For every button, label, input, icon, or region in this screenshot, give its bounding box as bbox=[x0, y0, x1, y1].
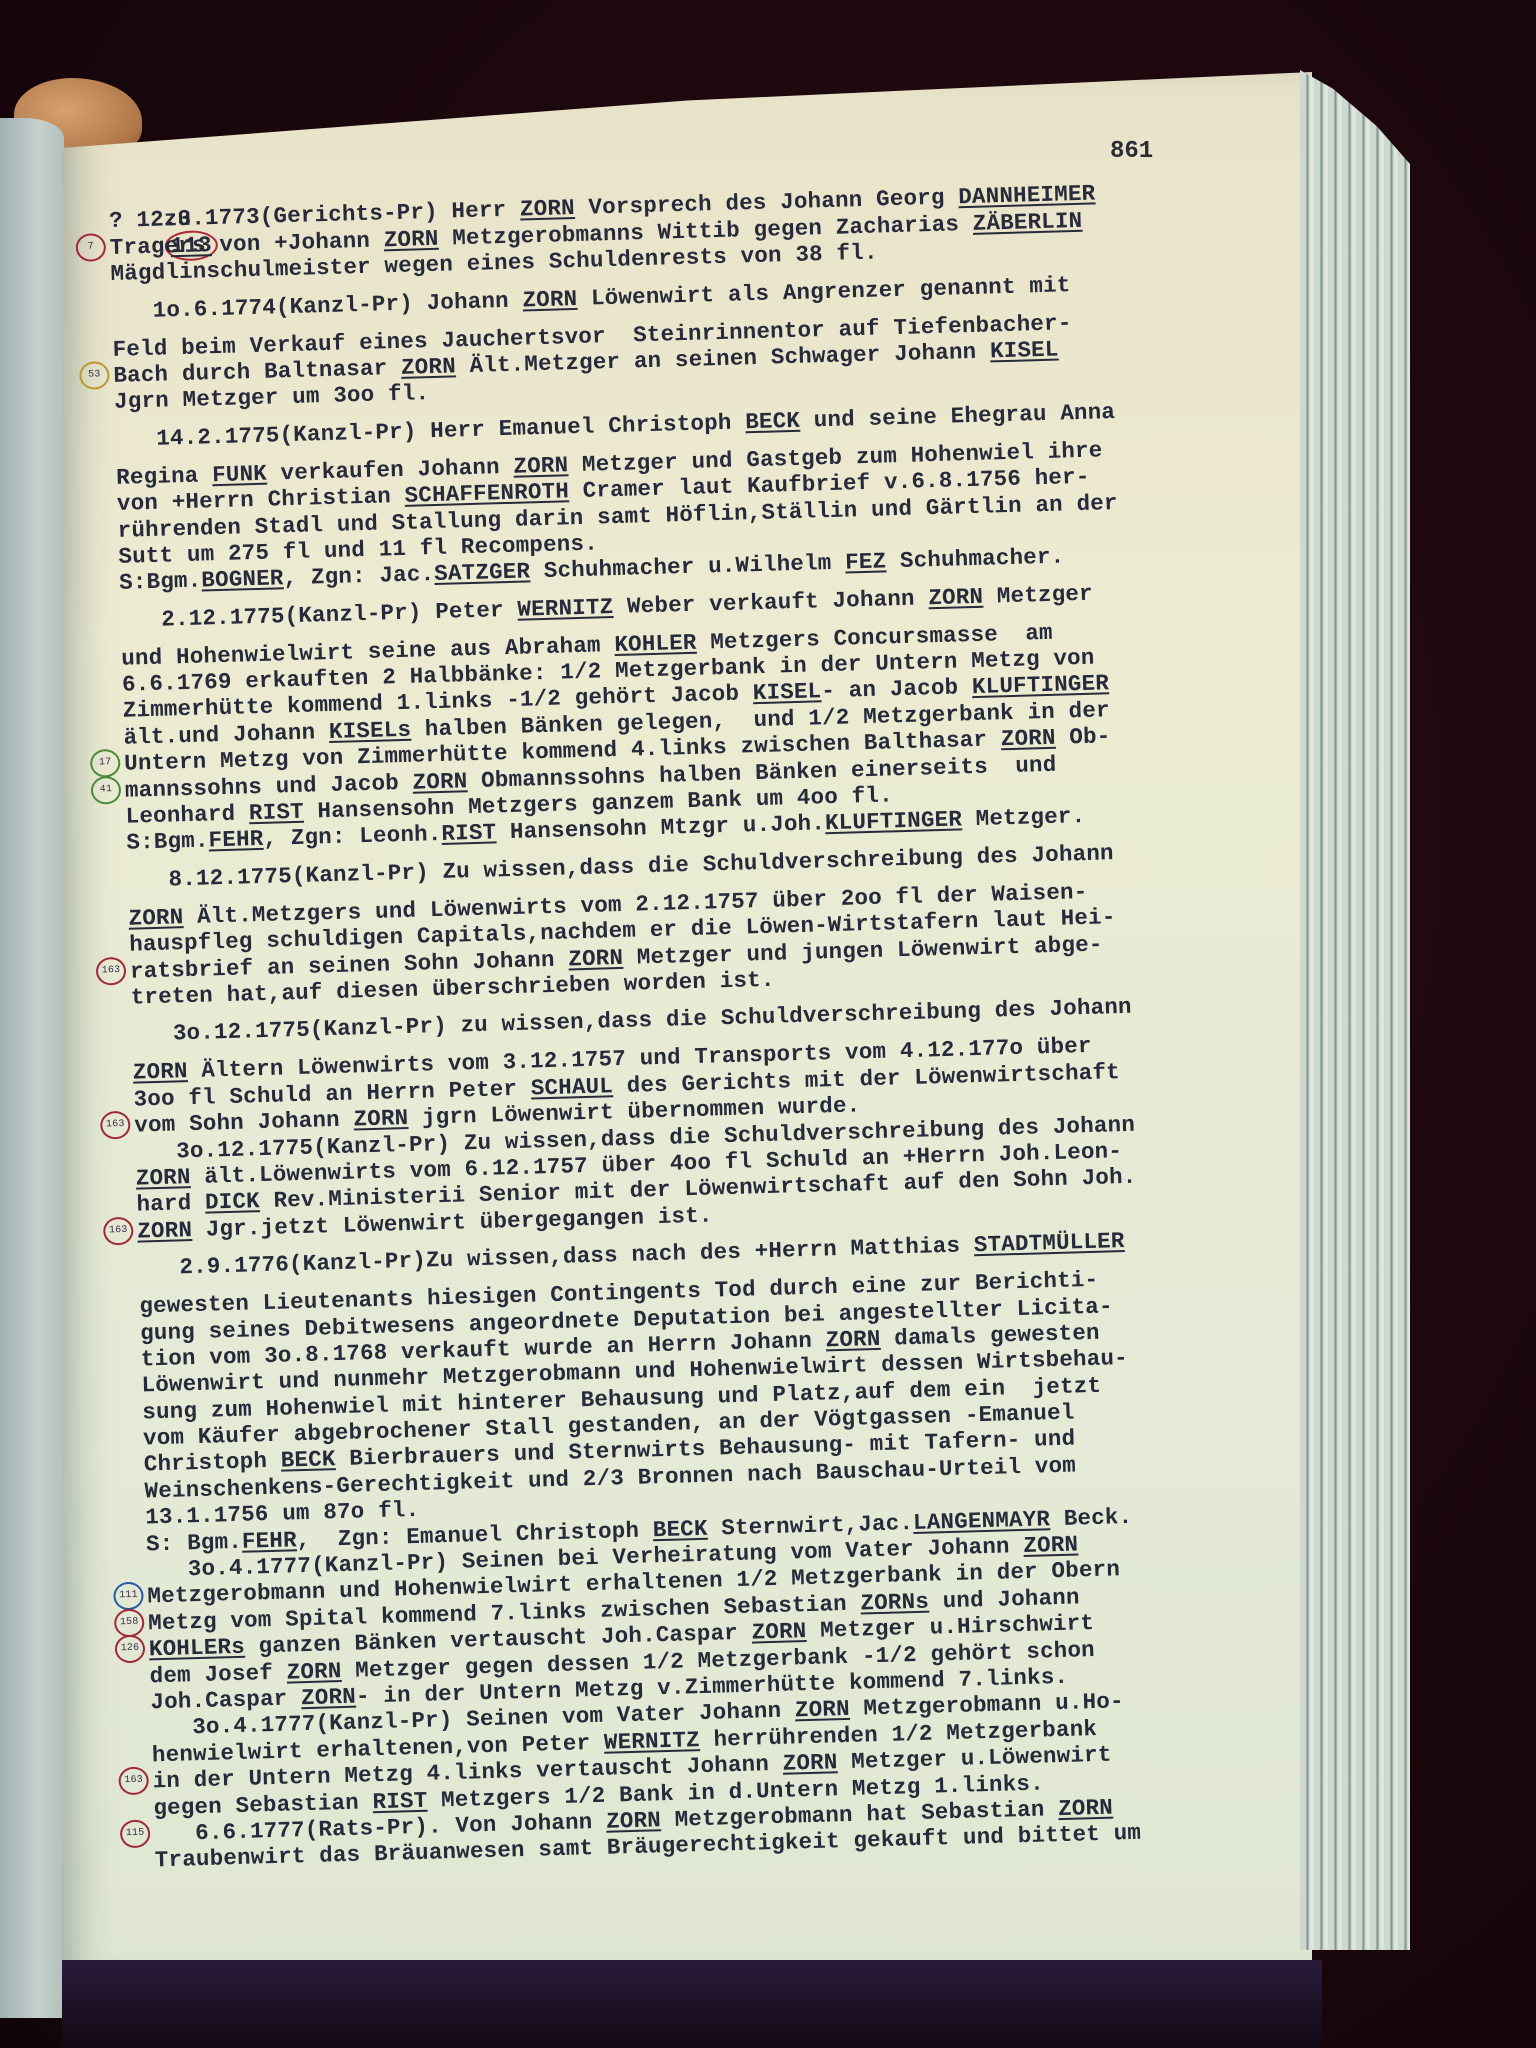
typewritten-text: zu 113 ? 12.3.1773(Gerichts-Pr) Herr ZOR… bbox=[108, 148, 1355, 1874]
surname: ZORN bbox=[568, 945, 624, 973]
surname: FEHR bbox=[242, 1527, 298, 1555]
surname: ZORN bbox=[412, 768, 468, 796]
surname: ZORN bbox=[1058, 1795, 1114, 1823]
surname: ZORN bbox=[128, 904, 184, 932]
surname: ZORN bbox=[137, 1217, 193, 1245]
text-run: S:Bgm. bbox=[119, 568, 202, 596]
book-bottom-shadow bbox=[62, 1960, 1322, 2048]
surname: ZORN bbox=[383, 226, 439, 254]
text-run: Metzger. bbox=[962, 803, 1086, 832]
surname: ZORN bbox=[1023, 1531, 1079, 1559]
surname: SCHAFFENROTH bbox=[404, 478, 569, 509]
text-run: 1o.6.1774(Kanzl-Pr) Johann bbox=[111, 287, 523, 324]
surname: RIST bbox=[372, 1787, 428, 1815]
surname: ZORN bbox=[928, 583, 984, 611]
surname: DANNHEIMER bbox=[958, 181, 1096, 211]
surname: ZORN bbox=[751, 1618, 807, 1646]
text-run: Christoph bbox=[143, 1448, 281, 1478]
text-run: S:Bgm. bbox=[126, 828, 209, 856]
surname: BECK bbox=[652, 1515, 708, 1543]
surname: KLUFTINGER bbox=[972, 671, 1110, 701]
surname: BECK bbox=[280, 1447, 336, 1475]
surname: KOHLERs bbox=[149, 1634, 246, 1663]
surname: ZORN bbox=[1001, 725, 1057, 753]
surname: FEHR bbox=[208, 826, 264, 854]
surname: ZÄBERLIN bbox=[972, 208, 1082, 237]
left-page-edge bbox=[0, 118, 64, 2018]
surname: RIST bbox=[249, 799, 305, 827]
surname: WERNITZ bbox=[604, 1727, 701, 1756]
text-run: Ob- bbox=[1055, 723, 1111, 751]
surname: ZORN bbox=[133, 1059, 189, 1087]
surname: STADTMÜLLER bbox=[974, 1228, 1125, 1258]
surname: ZORN bbox=[520, 195, 576, 223]
surname: ZORN bbox=[782, 1749, 838, 1777]
surname: ZORN bbox=[135, 1164, 191, 1192]
surname: FEZ bbox=[845, 549, 887, 576]
surname: ZORN bbox=[795, 1696, 851, 1724]
surname: KLUFTINGER bbox=[825, 807, 963, 837]
margin-annotation: 41 bbox=[91, 776, 122, 805]
surname: RIST bbox=[441, 820, 497, 848]
text-run: und Johann bbox=[929, 1584, 1080, 1614]
text-run: Metzger bbox=[983, 580, 1093, 609]
surname: WERNITZ bbox=[517, 594, 614, 623]
surname: KISEL bbox=[990, 336, 1059, 364]
text-run: Leonhard bbox=[125, 800, 249, 829]
surname: ZORN bbox=[513, 452, 569, 480]
text-run: Beck. bbox=[1050, 1504, 1133, 1532]
text-run: hard bbox=[136, 1190, 205, 1218]
surname: LANGENMAYR bbox=[913, 1506, 1051, 1536]
text-run: , Zgn: Jac. bbox=[283, 561, 434, 591]
surname: KISEL bbox=[752, 679, 821, 707]
text-run: S: Bgm. bbox=[146, 1528, 243, 1557]
text-run: - an Jacob bbox=[821, 675, 972, 705]
surname: BOGNER bbox=[201, 566, 284, 594]
surname: ZORN bbox=[353, 1105, 409, 1133]
surname: SCHAUL bbox=[530, 1073, 613, 1101]
text-run: Joh.Caspar bbox=[150, 1685, 301, 1715]
surname: ZORN bbox=[522, 286, 578, 314]
surname: BECK bbox=[745, 408, 801, 436]
text-run: dem Josef bbox=[149, 1659, 287, 1689]
text-run: Regina bbox=[116, 462, 213, 491]
surname: ZORN bbox=[301, 1684, 357, 1712]
text-run: 2.12.1775(Kanzl-Pr) Peter bbox=[120, 596, 518, 633]
text-lines: ? 12.3.1773(Gerichts-Pr) Herr ZORN Vorsp… bbox=[109, 175, 1355, 1874]
surname: ZORN bbox=[286, 1658, 342, 1686]
surname: ZORN bbox=[825, 1326, 881, 1354]
text-run: Löwenwirt als Angrenzer genannt mit bbox=[577, 272, 1071, 312]
text-run: 14.2.1775(Kanzl-Pr) Herr Emanuel Christo… bbox=[115, 409, 746, 453]
text-run: und seine Ehegrau Anna bbox=[800, 399, 1116, 434]
margin-annotation: 163 bbox=[96, 956, 127, 985]
surname: SATZGER bbox=[434, 559, 531, 588]
surname: ZORN bbox=[401, 353, 457, 381]
text-run: Weber verkauft Johann bbox=[613, 585, 929, 620]
surname: DICK bbox=[205, 1188, 261, 1216]
surname: ZORNs bbox=[860, 1588, 929, 1616]
surname: KISELs bbox=[329, 717, 412, 745]
surname: FUNK bbox=[212, 460, 268, 488]
surname: KOHLER bbox=[614, 629, 697, 657]
surname: ZORN bbox=[606, 1807, 662, 1835]
